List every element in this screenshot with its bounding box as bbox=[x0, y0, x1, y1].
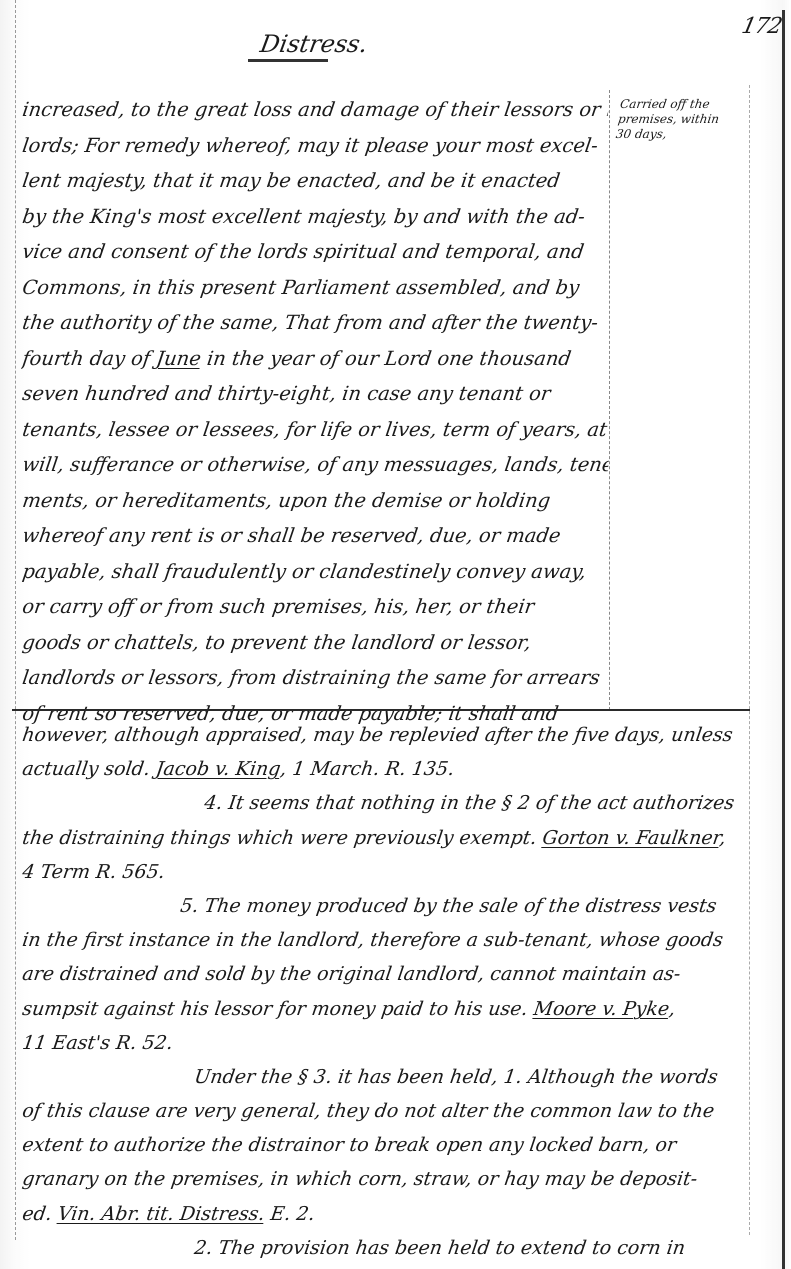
margin-note: Carried off the premises, within 30 days… bbox=[615, 97, 746, 142]
margin-note-line: 30 days, bbox=[615, 127, 742, 142]
margin-column-divider bbox=[609, 90, 610, 710]
text-line: will, sufferance or otherwise, of any me… bbox=[20, 447, 611, 483]
text-line: or carry off or from such premises, his,… bbox=[20, 589, 611, 625]
text-line: of this clause are very general, they do… bbox=[20, 1094, 755, 1128]
text-line: 5. The money produced by the sale of the… bbox=[20, 889, 755, 923]
text-line: whereof any rent is or shall be reserved… bbox=[20, 518, 611, 554]
text-line: vice and consent of the lords spiritual … bbox=[20, 234, 611, 270]
text-line: 4 Term R. 565. bbox=[20, 855, 755, 889]
text-line: lords; For remedy whereof, may it please… bbox=[20, 128, 611, 164]
text-line: extent to authorize the distrainor to br… bbox=[20, 1128, 755, 1162]
manuscript-page: 172 Distress. increased, to the great lo… bbox=[0, 0, 791, 1269]
page-number: 172 bbox=[739, 14, 783, 39]
page-edge bbox=[782, 10, 785, 1269]
text-line: payable, shall fraudulently or clandesti… bbox=[20, 554, 611, 590]
page-title: Distress. bbox=[242, 30, 387, 58]
lower-text-block: however, although appraised, may be repl… bbox=[20, 718, 750, 1265]
text-line: increased, to the great loss and damage … bbox=[20, 92, 611, 128]
margin-note-line: premises, within bbox=[617, 112, 744, 127]
text-line: fourth day of June in the year of our Lo… bbox=[20, 341, 611, 377]
text-line: goods or chattels, to prevent the landlo… bbox=[20, 625, 611, 661]
text-line: tenants, lessee or lessees, for life or … bbox=[20, 412, 611, 448]
text-line: 4. It seems that nothing in the § 2 of t… bbox=[20, 786, 755, 820]
text-line: landlords or lessors, from distraining t… bbox=[20, 660, 611, 696]
upper-text-block: increased, to the great loss and damage … bbox=[20, 92, 606, 731]
text-line: seven hundred and thirty-eight, in case … bbox=[20, 376, 611, 412]
text-line: sumpsit against his lessor for money pai… bbox=[20, 992, 755, 1026]
text-line: 2. The provision has been held to extend… bbox=[20, 1231, 755, 1265]
text-line: ed. Vin. Abr. tit. Distress. E. 2. bbox=[20, 1197, 755, 1231]
text-line: Under the § 3. it has been held, 1. Alth… bbox=[20, 1060, 755, 1094]
title-underline bbox=[248, 59, 328, 62]
text-line: by the King's most excellent majesty, by… bbox=[20, 199, 611, 235]
text-line: in the first instance in the landlord, t… bbox=[20, 923, 755, 957]
section-divider bbox=[12, 709, 750, 711]
text-line: Commons, in this present Parliament asse… bbox=[20, 270, 611, 306]
text-line: lent majesty, that it may be enacted, an… bbox=[20, 163, 611, 199]
text-line: the distraining things which were previo… bbox=[20, 821, 755, 855]
text-line: actually sold. Jacob v. King, 1 March. R… bbox=[20, 752, 755, 786]
margin-note-line: Carried off the bbox=[619, 97, 746, 112]
text-line: however, although appraised, may be repl… bbox=[20, 718, 755, 752]
text-line: granary on the premises, in which corn, … bbox=[20, 1162, 755, 1196]
text-line: the authority of the same, That from and… bbox=[20, 305, 611, 341]
text-line: ments, or hereditaments, upon the demise… bbox=[20, 483, 611, 519]
left-margin-rule bbox=[15, 0, 16, 1240]
text-line: are distrained and sold by the original … bbox=[20, 957, 755, 991]
text-line: 11 East's R. 52. bbox=[20, 1026, 755, 1060]
